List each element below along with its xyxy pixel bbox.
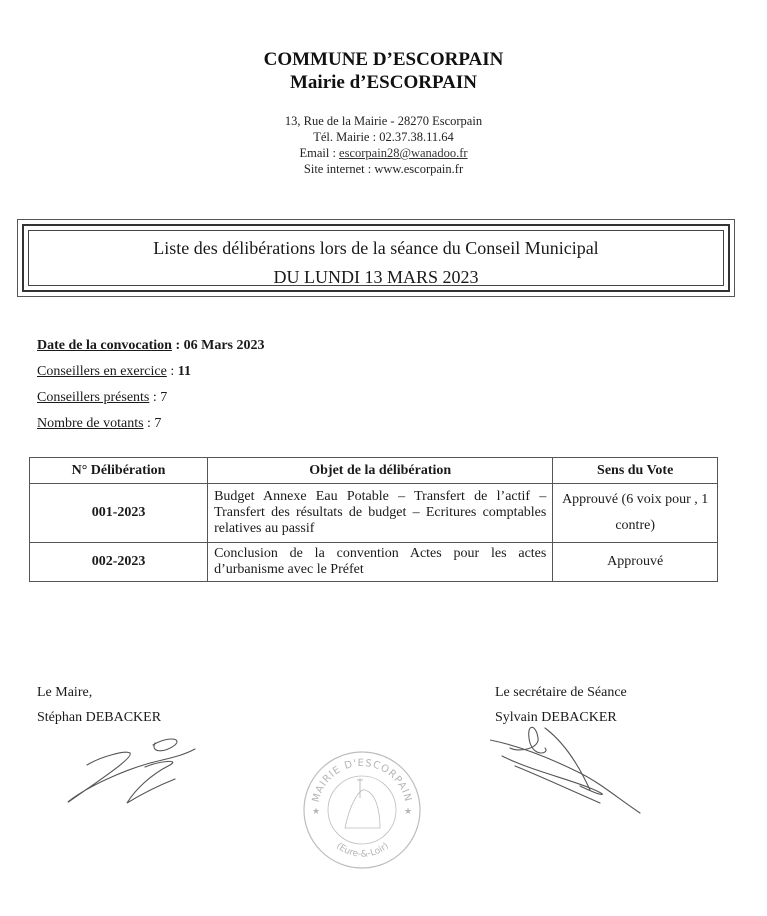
banner-title: Liste des délibérations lors de la séanc… — [29, 238, 723, 259]
exercice-value: 11 — [178, 364, 191, 379]
banner-border-mid: Liste des délibérations lors de la séanc… — [22, 224, 730, 292]
votants-label: Nombre de votants — [37, 416, 144, 431]
mayor-signature-icon — [55, 735, 205, 810]
secretary-role: Le secrétaire de Séance — [495, 680, 627, 705]
deliberations-table: N° Délibération Objet de la délibération… — [29, 457, 718, 582]
councillors-present: Conseillers présents : 7 — [37, 389, 167, 407]
email-link[interactable]: escorpain28@wanadoo.fr — [339, 146, 467, 160]
header-object: Objet de la délibération — [208, 458, 553, 484]
deliberation-vote: Approuvé (6 voix pour , 1 contre) — [553, 484, 718, 543]
voters-count: Nombre de votants : 7 — [37, 415, 161, 433]
address: 13, Rue de la Mairie - 28270 Escorpain — [0, 113, 767, 129]
header-number: N° Délibération — [30, 458, 208, 484]
exercice-sep: : — [167, 364, 178, 379]
town-hall-stamp-icon: MAIRIE D'ESCORPAIN (Eure-&-Loir) ★ ★ — [300, 748, 425, 873]
contact-block: 13, Rue de la Mairie - 28270 Escorpain T… — [0, 113, 767, 177]
letterhead: COMMUNE D’ESCORPAIN Mairie d’ESCORPAIN — [0, 48, 767, 94]
table-header-row: N° Délibération Objet de la délibération… — [30, 458, 718, 484]
deliberation-number: 001-2023 — [30, 484, 208, 543]
convocation-label: Date de la convocation — [37, 338, 172, 353]
councillors-in-office: Conseillers en exercice : 11 — [37, 363, 191, 381]
website: Site internet : www.escorpain.fr — [0, 161, 767, 177]
svg-text:★: ★ — [404, 807, 412, 817]
banner-border-inner: Liste des délibérations lors de la séanc… — [28, 230, 724, 286]
session-banner: Liste des délibérations lors de la séanc… — [17, 219, 735, 297]
email-line: Email : escorpain28@wanadoo.fr — [0, 145, 767, 161]
header-vote: Sens du Vote — [553, 458, 718, 484]
table-row: 002-2023 Conclusion de la convention Act… — [30, 543, 718, 582]
secretary-signature-icon — [490, 718, 650, 818]
mayor-signature-block: Le Maire, Stéphan DEBACKER — [37, 680, 161, 730]
mayor-name: Stéphan DEBACKER — [37, 705, 161, 730]
deliberation-vote: Approuvé — [553, 543, 718, 582]
commune-title: COMMUNE D’ESCORPAIN — [0, 48, 767, 71]
presents-label: Conseillers présents — [37, 390, 149, 405]
svg-text:★: ★ — [312, 807, 320, 817]
votants-value: : 7 — [144, 416, 162, 431]
phone: Tél. Mairie : 02.37.38.11.64 — [0, 129, 767, 145]
convocation-date: Date de la convocation : 06 Mars 2023 — [37, 337, 264, 355]
convocation-value: : 06 Mars 2023 — [172, 338, 265, 353]
deliberation-number: 002-2023 — [30, 543, 208, 582]
table-row: 001-2023 Budget Annexe Eau Potable – Tra… — [30, 484, 718, 543]
deliberation-object: Conclusion de la convention Actes pour l… — [208, 543, 553, 582]
deliberation-object: Budget Annexe Eau Potable – Transfert de… — [208, 484, 553, 543]
exercice-label: Conseillers en exercice — [37, 364, 167, 379]
mairie-title: Mairie d’ESCORPAIN — [0, 71, 767, 94]
email-label: Email : — [299, 146, 339, 160]
mayor-role: Le Maire, — [37, 680, 161, 705]
banner-date: DU LUNDI 13 MARS 2023 — [29, 267, 723, 288]
presents-value: : 7 — [149, 390, 167, 405]
